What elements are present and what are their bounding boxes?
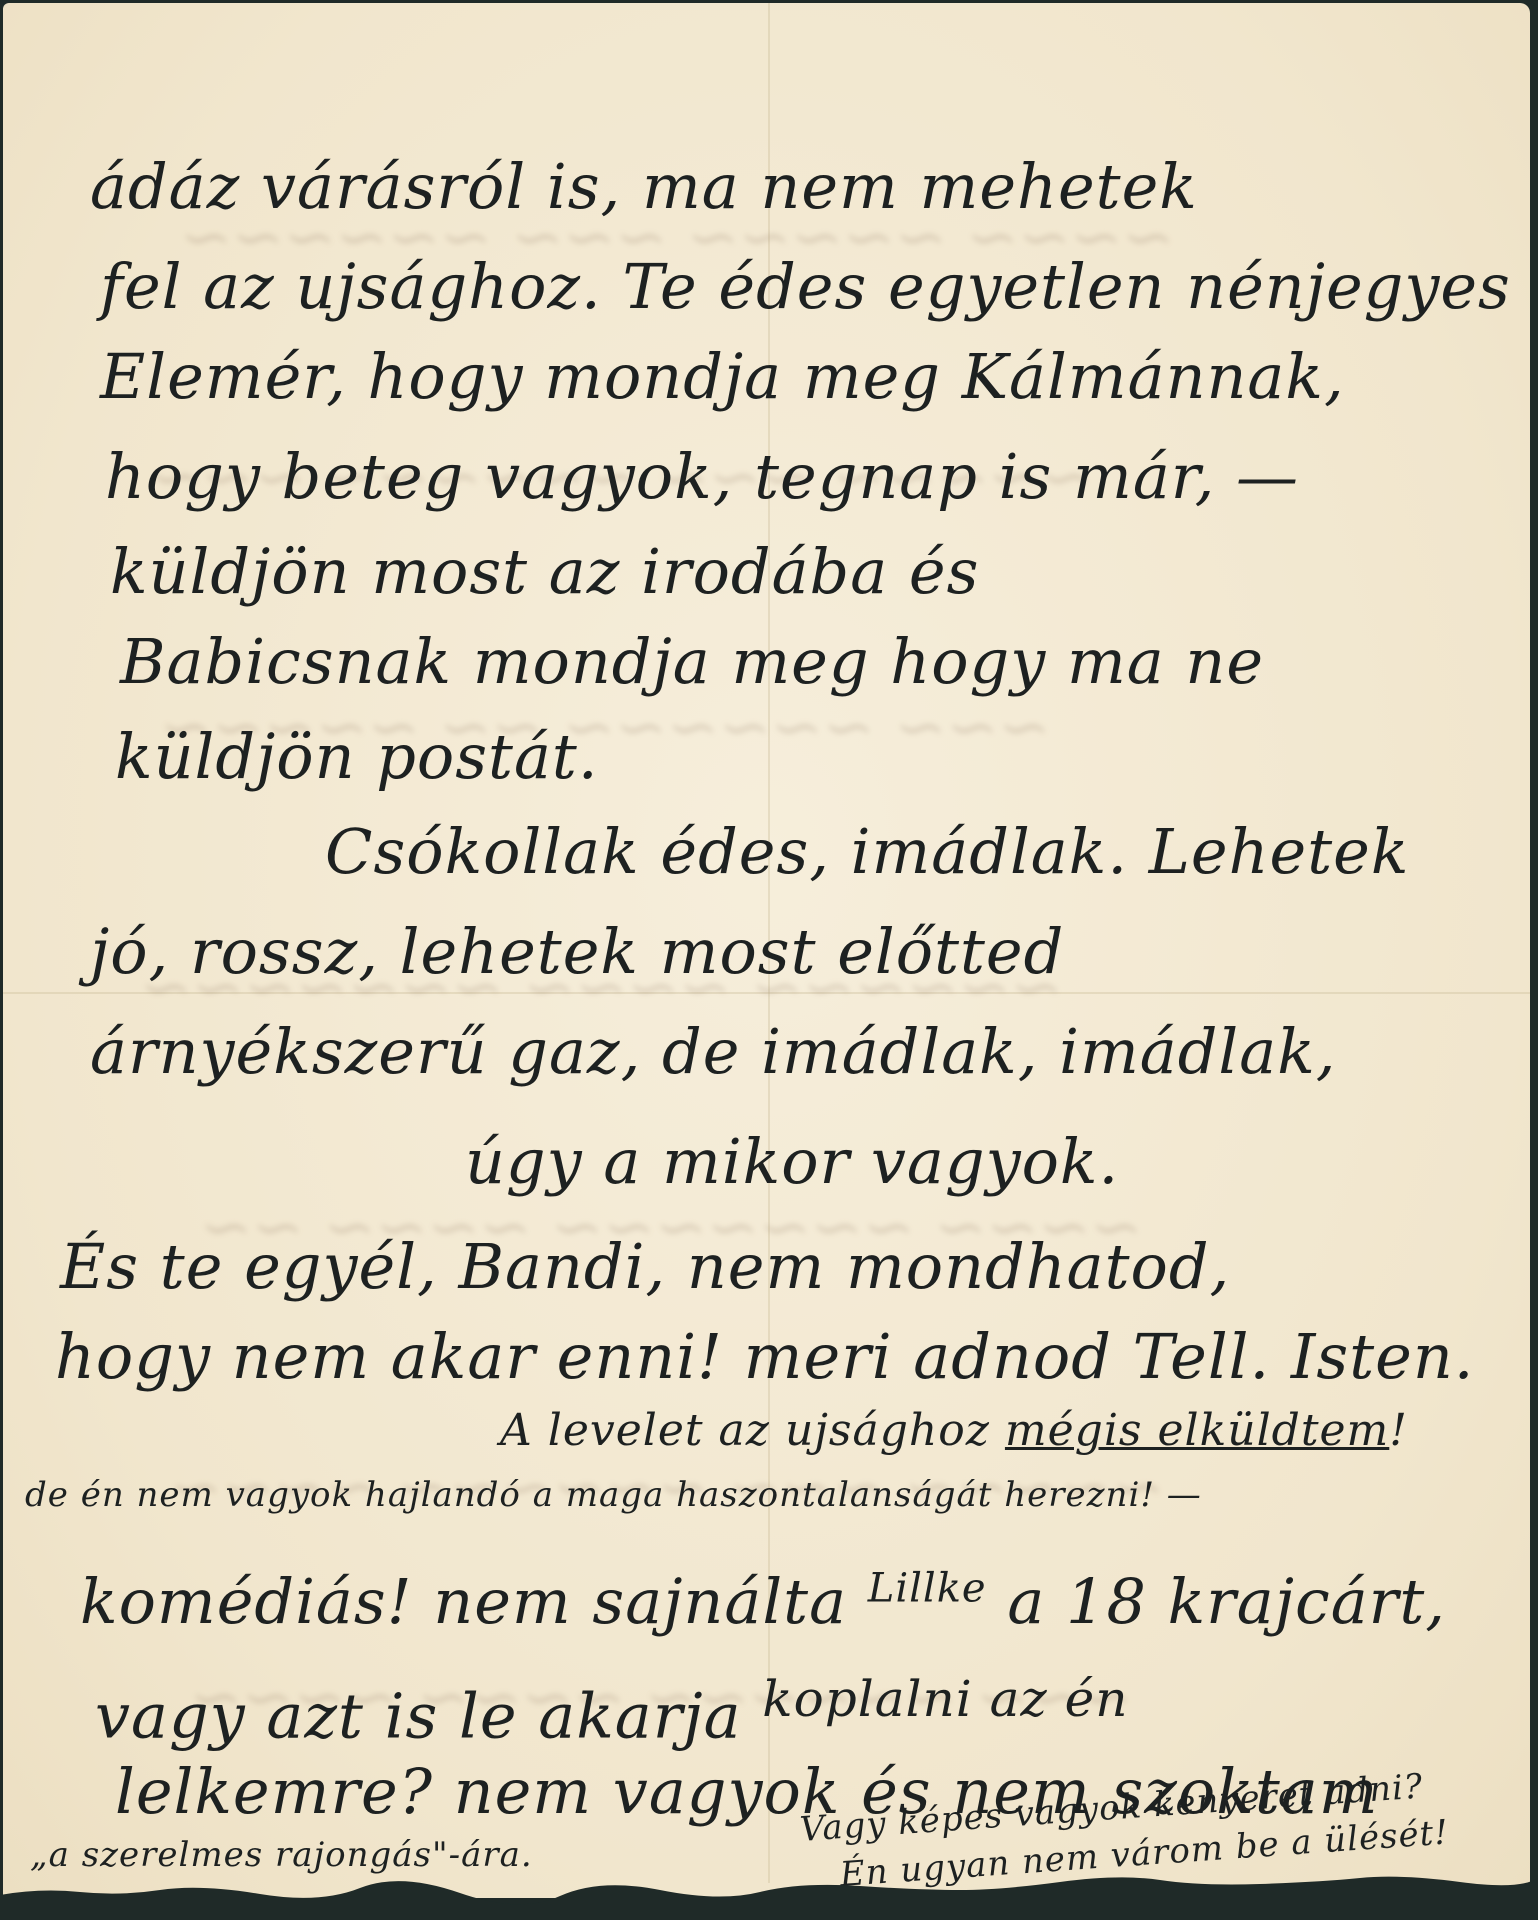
postscript-text: a 18 krajcárt,	[1007, 1565, 1446, 1638]
inserted-word: Lillke	[868, 1565, 987, 1611]
letter-line-1: ádáz várásról is, ma nem mehetek	[90, 150, 1198, 223]
underlined-phrase: mégis elküldtem	[1005, 1405, 1389, 1456]
postscript-line-2: de én nem vagyok hajlandó a maga haszont…	[25, 1475, 1202, 1515]
letter-line-7: küldjön postát.	[115, 720, 599, 793]
torn-bottom-edge	[0, 1860, 1538, 1920]
letter-line-12: És te egyél, Bandi, nem mondhatod,	[60, 1230, 1230, 1303]
postscript-text: koplalni az én	[762, 1670, 1128, 1728]
exclamation: !	[1389, 1405, 1408, 1456]
letter-line-3: Elemér, hogy mondja meg Kálmánnak,	[100, 340, 1345, 413]
postscript-line-3: komédiás! nem sajnálta Lillke a 18 krajc…	[80, 1565, 1446, 1638]
postscript-text: A levelet az ujsághoz	[500, 1405, 990, 1456]
postscript-line-1: A levelet az ujsághoz mégis elküldtem!	[500, 1405, 1408, 1456]
letter-line-6: Babicsnak mondja meg hogy ma ne	[120, 625, 1264, 698]
letter-line-13: hogy nem akar enni! meri adnod Tell. Ist…	[55, 1320, 1474, 1393]
letter-line-8: Csókollak édes, imádlak. Lehetek	[325, 815, 1409, 888]
letter-line-11: úgy a mikor vagyok.	[465, 1125, 1119, 1198]
letter-line-5: küldjön most az irodába és	[110, 535, 979, 608]
letter-line-4: hogy beteg vagyok, tegnap is már, —	[105, 440, 1299, 513]
postscript-line-4: vagy azt is le akarja koplalni az én	[95, 1670, 1128, 1753]
postscript-text: vagy azt is le akarja	[95, 1680, 742, 1753]
letter-line-9: jó, rossz, lehetek most előtted	[90, 915, 1064, 988]
letter-line-2: fel az ujsághoz. Te édes egyetlen nénjeg…	[100, 250, 1511, 323]
postscript-text: komédiás! nem sajnálta	[80, 1565, 847, 1638]
letter-line-10: árnyékszerű gaz, de imádlak, imádlak,	[90, 1015, 1336, 1088]
